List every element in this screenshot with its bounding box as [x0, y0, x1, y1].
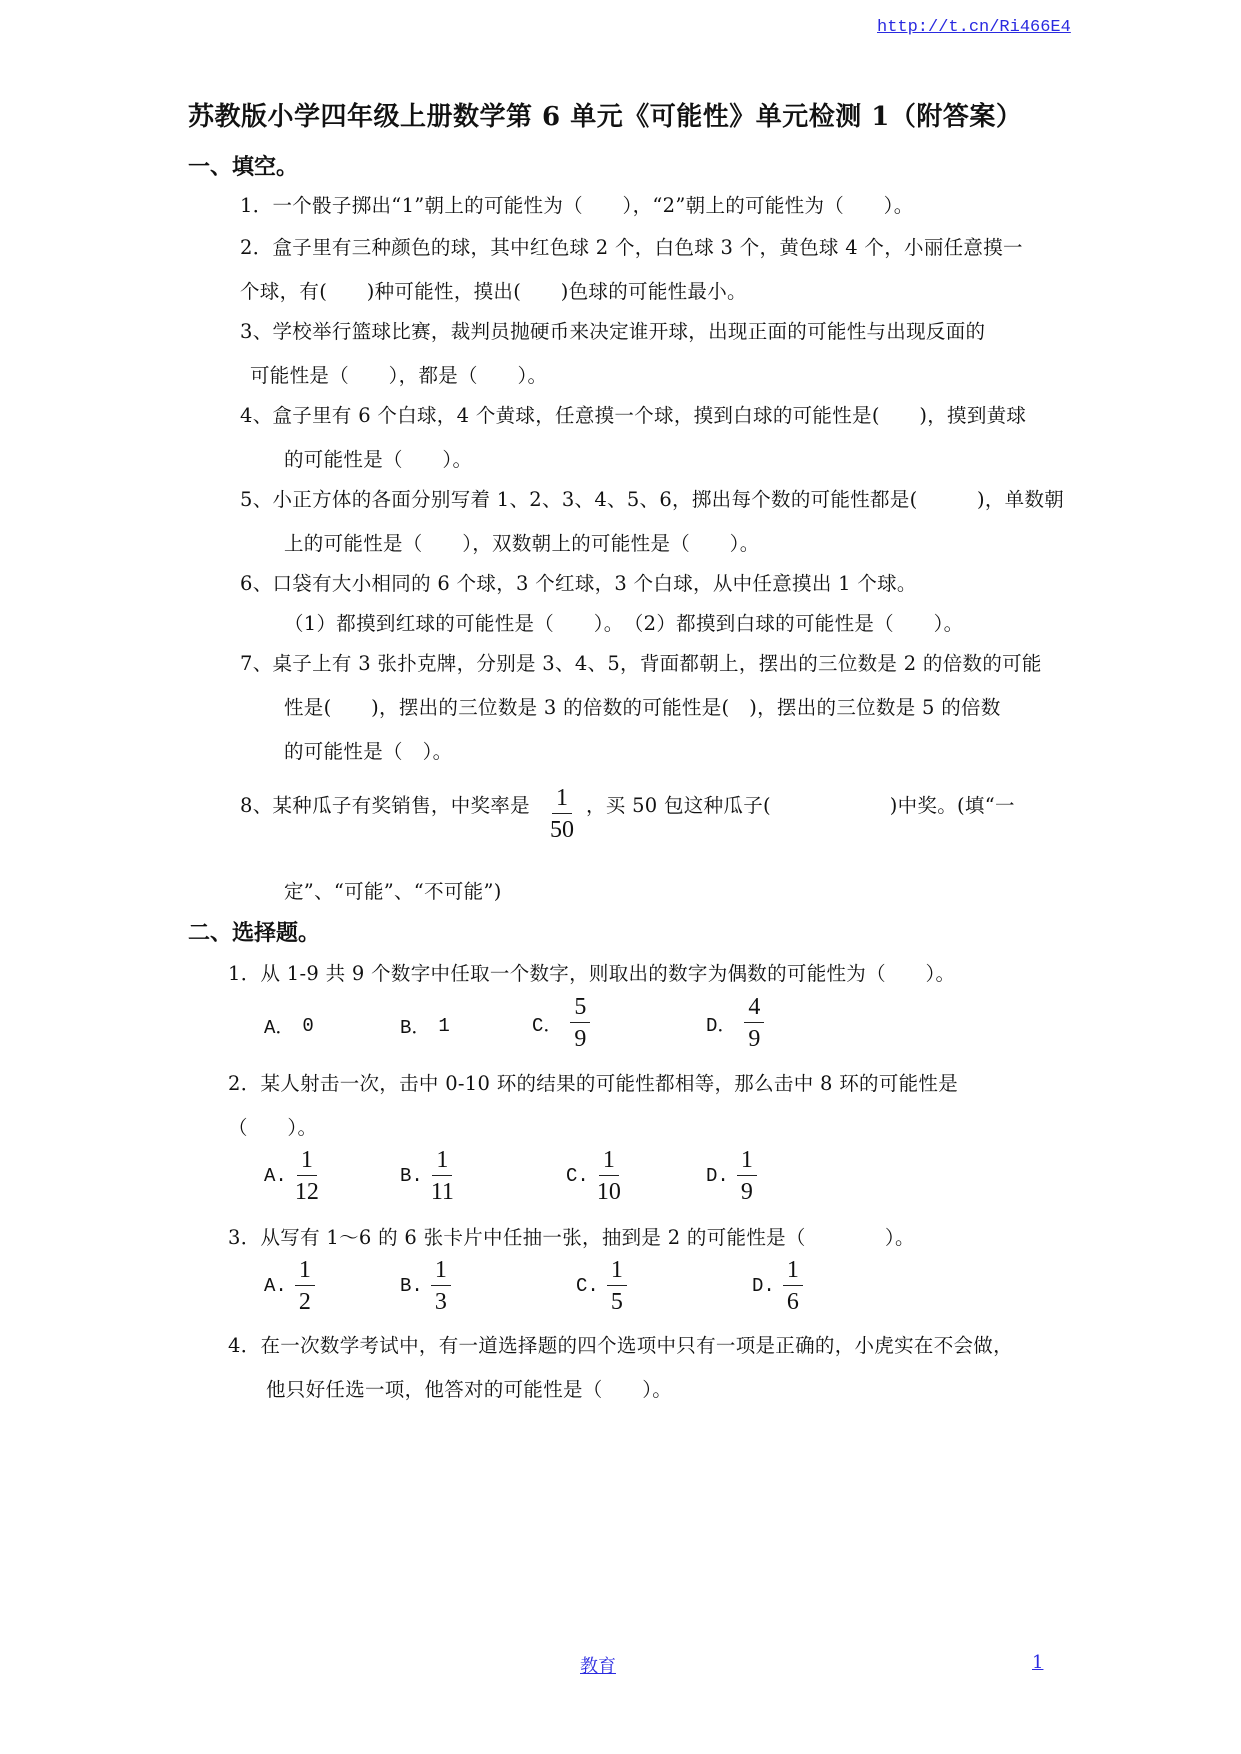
page-number[interactable]: 1 [1032, 1652, 1043, 1673]
mc2-question-line2: （ ）。 [228, 1112, 317, 1140]
header-url-link[interactable]: http://t.cn/Ri466E4 [877, 18, 1071, 37]
mc2-option-c: C.110 [566, 1148, 621, 1204]
mc3-question: 3．从写有 1～6 的 6 张卡片中任抽一张，抽到是 2 的可能性是（ ）。 [228, 1222, 915, 1250]
q8-fraction: 1 50 [550, 786, 574, 842]
q5-line2: 上的可能性是（ ），双数朝上的可能性是（ ）。 [284, 528, 760, 556]
q1-line1: 1．一个骰子掷出“1”朝上的可能性为（ ），“2”朝上的可能性为（ ）。 [240, 190, 914, 218]
mc3-option-c: C.15 [576, 1258, 627, 1314]
q3-line2: 可能性是（ ），都是（ ）。 [250, 360, 547, 388]
mc2-option-a: A.112 [264, 1148, 319, 1204]
q4-line1: 4、盒子里有 6 个白球，4 个黄球，任意摸一个球，摸到白球的可能性是( )，摸… [240, 400, 1026, 428]
q6-line2: （1）都摸到红球的可能性是（ ）。 （2）都摸到白球的可能性是（ ）。 [284, 608, 963, 636]
q2-line2: 个球，有( )种可能性，摸出( )色球的可能性最小。 [240, 276, 747, 304]
mc4-question-line1: 4．在一次数学考试中，有一道选择题的四个选项中只有一项是正确的，小虎实在不会做， [228, 1330, 1013, 1358]
footer-education-link[interactable]: 教育 [580, 1652, 616, 1678]
q7-line1: 7、桌子上有 3 张扑克牌，分别是 3、4、5，背面都朝上，摆出的三位数是 2 … [240, 648, 1042, 676]
mc2-question-line1: 2．某人射击一次，击中 0-10 环的结果的可能性都相等，那么击中 8 环的可能… [228, 1068, 958, 1096]
mc3-option-a: A.12 [264, 1258, 315, 1314]
section-heading-choice: 二、选择题。 [188, 916, 320, 947]
mc4-question-line2: 他只好任选一项，他答对的可能性是（ ）。 [266, 1374, 672, 1402]
q6-line1: 6、口袋有大小相同的 6 个球，3 个红球，3 个白球，从中任意摸出 1 个球。 [240, 568, 917, 596]
fraction-denominator: 50 [550, 814, 574, 842]
q8-line2: 定”、“可能”、“不可能”) [284, 876, 502, 904]
document-title: 苏教版小学四年级上册数学第 6 单元《可能性》单元检测 1（附答案） [188, 96, 1022, 133]
q8-line1a: 8、某种瓜子有奖销售，中奖率是 [240, 790, 530, 818]
fraction-numerator: 1 [552, 786, 572, 814]
mc2-option-b: B.111 [400, 1148, 454, 1204]
q2-line1: 2．盒子里有三种颜色的球，其中红色球 2 个，白色球 3 个，黄色球 4 个，小… [240, 232, 1023, 260]
q3-line1: 3、学校举行篮球比赛，裁判员抛硬币来决定谁开球，出现正面的可能性与出现反面的 [240, 316, 985, 344]
q7-line2: 性是( )，摆出的三位数是 3 的倍数的可能性是( )，摆出的三位数是 5 的倍… [284, 692, 1001, 720]
mc1-question: 1．从 1-9 共 9 个数字中任取一个数字，则取出的数字为偶数的可能性为（ ）… [228, 958, 955, 986]
mc3-option-b: B.13 [400, 1258, 451, 1314]
mc2-option-d: D.19 [706, 1148, 757, 1204]
mc1-option-a: A．0 [264, 1012, 314, 1039]
mc3-option-d: D.16 [752, 1258, 803, 1314]
q8-line1b: ，买 50 包这种瓜子( )中奖。(填“一 [586, 790, 1015, 818]
mc1-option-b: B．1 [400, 1012, 450, 1039]
section-heading-fill-in: 一、填空。 [188, 150, 298, 181]
mc1-option-d: D．49 [706, 995, 764, 1051]
q5-line1: 5、小正方体的各面分别写着 1、2、3、4、5、6，掷出每个数的可能性都是( )… [240, 484, 1064, 512]
q4-line2: 的可能性是（ ）。 [284, 444, 472, 472]
q7-line3: 的可能性是（ ）。 [284, 736, 452, 764]
mc1-option-c: C．59 [532, 995, 590, 1051]
